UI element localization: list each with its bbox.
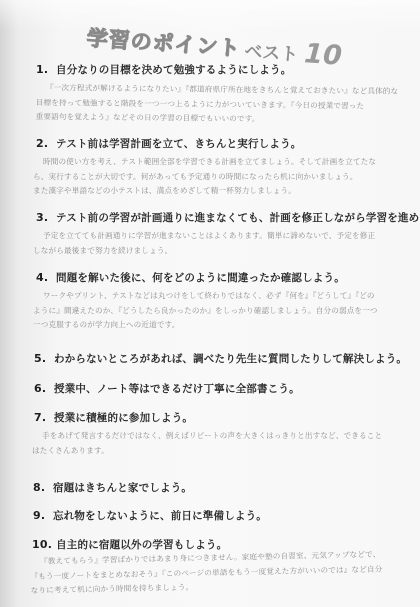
tip-heading-text: テスト前は学習計画を立て、きちんと実行しよう。 [56,138,301,150]
title-outline-text: 学習のポイント [86,26,241,61]
tip-heading: 9.忘れ物をしないように、前日に準備しよう。 [33,508,420,523]
tip-body-line: しながら最後まで努力を続けましょう。 [33,244,420,259]
tip-heading-text: テスト前の学習が計画通りに進まなくても、計画を修正しながら学習を進めよう。 [56,212,420,224]
tip-heading-text: 授業に積極的に参加しよう。 [54,412,193,424]
page-shade [0,0,420,30]
tip-number: 6. [34,382,50,395]
tip-body: 予定を立てても計画通りに学習が進まないことはよくあります。簡単に諦めないで、予定… [33,229,420,258]
tip-item-5: 5.わからないところがあれば、調べたり先生に質問したりして解決しよう。 [0,351,420,366]
tip-body-line: ら、実行することが大切です。何があっても予定通りの時間になったら机に向かいましょ… [33,170,420,185]
tip-item-7: 7.授業に積極的に参加しよう。 手をあげて発言するだけではなく、例えばリピートの… [0,410,420,458]
tip-heading: 3.テスト前の学習が計画通りに進まなくても、計画を修正しながら学習を進めよう。 [36,210,420,225]
tip-item-4: 4.問題を解いた後に、何をどのように間違ったか確認しよう。 ワークやプリント、テ… [0,270,420,333]
tip-number: 9. [33,509,49,522]
tip-heading-text: 自主的に宿題以外の学習もしよう。 [56,539,227,551]
tip-item-3: 3.テスト前の学習が計画通りに進まなくても、計画を修正しながら学習を進めよう。 … [0,210,420,258]
tip-heading-text: 問題を解いた後に、何をどのように間違ったか確認しよう。 [56,272,345,284]
tip-heading-text: わからないところがあれば、調べたり先生に質問したりして解決しよう。 [54,353,407,365]
tip-body: 時間の使い方を考え、テスト範囲全部を学習できる計画を立てましょう。そして計画を立… [33,155,420,199]
tip-heading: 7.授業に積極的に参加しよう。 [34,410,420,425]
tip-number: 3. [36,211,52,224]
tip-heading-text: 自分なりの目標を決めて勉強するようにしよう。 [56,64,291,76]
tip-item-1: 1.自分なりの目標を決めて勉強するようにしよう。 『一次方程式が解けるようになり… [0,62,420,125]
tip-number: 2. [36,137,52,150]
tip-heading: 6.授業中、ノート等はできるだけ丁寧に全部書こう。 [34,381,420,396]
tip-body: ワークやプリント、テストなどは丸つけをして終わりではなく、必ず『何を』『どうして… [33,289,420,333]
tip-number: 10. [32,538,52,551]
tip-heading-text: 忘れ物をしないように、前日に準備しよう。 [53,510,267,522]
tip-heading-text: 宿題はきちんと家でしよう。 [53,482,192,494]
tip-body-line: 手をあげて発言するだけではなく、例えばリピートの声を大きくはっきりと出すなど、で… [32,429,420,444]
tip-body-line: はたくさんあります。 [32,444,420,459]
tip-heading: 5.わからないところがあれば、調べたり先生に質問したりして解決しよう。 [34,351,420,366]
tip-body-line: 予定を立てても計画通りに学習が進まないことはよくあります。簡単に諦めないで、予定… [33,229,420,244]
tip-item-6: 6.授業中、ノート等はできるだけ丁寧に全部書こう。 [0,381,420,396]
tip-item-8: 8.宿題はきちんと家でしよう。 [0,480,420,495]
tip-item-10: 10.自主的に宿題以外の学習もしよう。 『教えてもらう』学習ばかりではあまり身に… [0,537,420,599]
tip-number: 4. [36,271,52,284]
tip-heading: 1.自分なりの目標を決めて勉強するようにしよう。 [36,62,420,77]
tip-heading-text: 授業中、ノート等はできるだけ丁寧に全部書こう。 [54,383,300,395]
tip-number: 8. [33,481,49,494]
tip-heading: 4.問題を解いた後に、何をどのように間違ったか確認しよう。 [36,270,420,285]
tip-item-2: 2.テスト前は学習計画を立て、きちんと実行しよう。 時間の使い方を考え、テスト範… [0,136,420,199]
tip-body: 『教えてもらう』学習ばかりではあまり身につきません。家庭や塾の自習室、元気アップ… [30,547,420,599]
tip-body: 手をあげて発言するだけではなく、例えばリピートの声を大きくはっきりと出すなど、で… [32,429,420,458]
tip-item-9: 9.忘れ物をしないように、前日に準備しよう。 [0,508,420,523]
tip-body-line: 時間の使い方を考え、テスト範囲全部を学習できる計画を立てましょう。そして計画を立… [33,155,420,170]
tip-body: 『一次方程式が解けるようになりたい』『都道府県庁所在地をきちんと覚えておきたい』… [36,81,420,129]
tip-body-line: また漢字や単語などの小テストは、満点をめざして精一杯努力しましょう。 [33,184,420,199]
tip-heading: 2.テスト前は学習計画を立て、きちんと実行しよう。 [36,136,420,151]
tip-body-line: 一つ克服するのが学力向上への近道です。 [33,318,420,333]
tip-number: 5. [34,352,50,365]
tip-number: 1. [36,63,52,76]
tip-body-line: ワークやプリント、テストなどは丸つけをして終わりではなく、必ず『何を』『どうして… [33,289,420,304]
tip-heading: 8.宿題はきちんと家でしよう。 [33,480,420,495]
tip-number: 7. [34,411,50,424]
tip-body-line: ように』間違えたのか、『どうしたら良かったのか』をしっかり確認しましょう。自分の… [33,304,420,319]
